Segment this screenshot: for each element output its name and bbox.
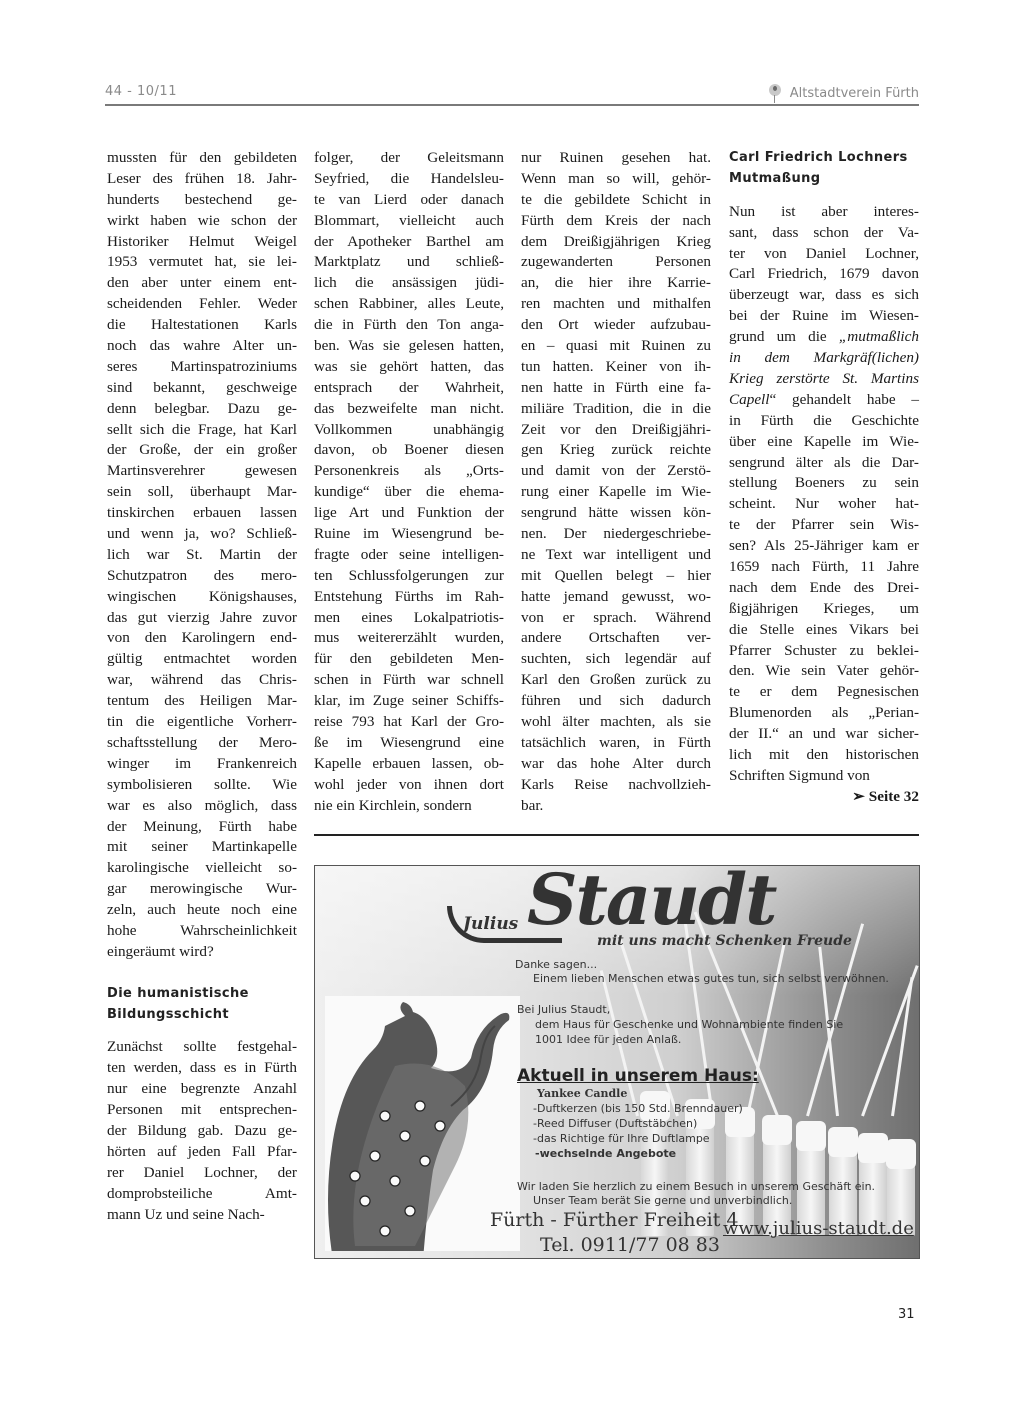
text-line: gar merowingische Wur- — [107, 879, 297, 900]
ad-list-item: Yankee Candle — [537, 1087, 627, 1100]
text-line: und damit von der Zerstö- — [521, 461, 711, 482]
text-line: sengrund hätte wissen kön- — [521, 503, 711, 524]
ad-list-item: -Duftkerzen (bis 150 Std. Brenndauer) — [533, 1102, 743, 1115]
text-line: ne Text war intelligent und — [521, 545, 711, 566]
text-line: sant, dass schon der Va- — [729, 223, 919, 244]
text-line: der II.“ an und war sicher- — [729, 724, 919, 745]
column-divider-rule — [314, 834, 919, 836]
text-line: davon, ob Boener diesen — [314, 440, 504, 461]
text-line: der Große, der ein großer — [107, 440, 297, 461]
text-line: Schutzpatron des mero- — [107, 566, 297, 587]
text-line: tun hatten. Keiner von ih- — [521, 357, 711, 378]
text-line: der Bildung gab. Dazu ge- — [107, 1121, 297, 1142]
text-line: hörten auf jeden Fall Pfar- — [107, 1142, 297, 1163]
text-line: denn belegbar. Dazu ge- — [107, 399, 297, 420]
text-line: mit seiner Martinkapelle — [107, 837, 297, 858]
text-line: war es also möglich, dass — [107, 796, 297, 817]
text-line: Carl Friedrich, 1679 davon — [729, 264, 919, 285]
text-line: folger, der Geleitsmann — [314, 148, 504, 169]
text-line: tinskirchen erbauen lassen — [107, 503, 297, 524]
subheading-bildungsschicht: Die humanistische Bildungsschicht — [107, 984, 297, 1026]
text-line: eingeräumt wird? — [107, 942, 297, 963]
text-line: rer Daniel Lochner, der — [107, 1163, 297, 1184]
ad-heading: Aktuell in unserem Haus: — [517, 1066, 759, 1086]
article-column-4: Carl Friedrich Lochners Mutmaßung Nun is… — [729, 148, 919, 808]
text-line: wirkt haben wie schon der — [107, 211, 297, 232]
column-2-text: folger, der GeleitsmannSeyfried, die Han… — [314, 148, 504, 817]
text-line: scheint. Nur woher hat- — [729, 494, 919, 515]
text-line: sein soll, überhaupt Mar- — [107, 482, 297, 503]
text-line: zugewanderten Personen — [521, 252, 711, 273]
text-line: der Meinung, Fürth habe — [107, 817, 297, 838]
page-header: 44 - 10/11 Altstadtverein Fürth — [105, 82, 919, 106]
text-line: suchten, sich legendär auf — [521, 649, 711, 670]
text-line: miliäre Tradition, die in die — [521, 399, 711, 420]
text-line: ren machten und mithalfen — [521, 294, 711, 315]
continuation-link[interactable]: ➢ Seite 32 — [729, 787, 919, 808]
text-line: den Ort wieder aufzubau- — [521, 315, 711, 336]
text-line: noch das wahre Alter un- — [107, 336, 297, 357]
text-line: nen. Der niedergeschriebe- — [521, 524, 711, 545]
text-line: Marktplatz und schließ- — [314, 252, 504, 273]
text-line: Pfarrer Schuster zu beklei- — [729, 641, 919, 662]
text-line: war das hohe Alter durch — [521, 754, 711, 775]
text-line: bei der Ruine im Wiesen- — [729, 306, 919, 327]
text-line: Fürth dem Kreis der nach — [521, 211, 711, 232]
text-line: te die gebildete Schicht in — [521, 190, 711, 211]
text-line: rung einer Kapelle im Wie- — [521, 482, 711, 503]
text-line: lich war St. Martin der — [107, 545, 297, 566]
text-line: hatte jemand gewusst, wo- — [521, 587, 711, 608]
article-column-1: mussten für den gebildetenLeser des früh… — [107, 148, 297, 1225]
text-line: bar. — [521, 796, 711, 817]
text-line: scheidenden Fehler. Weder — [107, 294, 297, 315]
ad-invite-1: Wir laden Sie herzlich zu einem Besuch i… — [517, 1180, 875, 1193]
text-line: klar, im Zuge seiner Schiffs- — [314, 691, 504, 712]
ad-list-item: -wechselnde Angebote — [535, 1147, 676, 1160]
text-line: Historiker Helmut Weigel — [107, 232, 297, 253]
text-line: kundige“ über die ehema- — [314, 482, 504, 503]
text-line: grund um die „mutmaßlich — [729, 327, 919, 348]
text-line: Capell“ gehandelt habe – — [729, 390, 919, 411]
text-line: Kapelle erbauen lassen, ob- — [314, 754, 504, 775]
text-line: tentum des Heiligen Mar- — [107, 691, 297, 712]
ad-intro-2: Einem lieben Menschen etwas gutes tun, s… — [533, 972, 889, 985]
text-line: die Haltestationen Karls — [107, 315, 297, 336]
text-line: symbolisieren sollte. Wie — [107, 775, 297, 796]
text-line: mus weitererzählt wurden, — [314, 628, 504, 649]
text-line: Personen mit entsprechen- — [107, 1100, 297, 1121]
page-number: 31 — [898, 1307, 915, 1322]
text-line: Karls Reise nachvollzieh- — [521, 775, 711, 796]
text-line: zeln, auch heute noch eine — [107, 900, 297, 921]
column-3-text: nur Ruinen gesehen hat.Wenn man so will,… — [521, 148, 711, 817]
text-line: Seyfried, die Handelsleu- — [314, 169, 504, 190]
ad-phone: Tel. 0911/77 08 83 — [540, 1234, 720, 1256]
text-line: winger im Frankenreich — [107, 754, 297, 775]
ad-invite-2: Unser Team berät Sie gerne und unverbind… — [533, 1194, 792, 1207]
text-line: das bezweifelte man nicht. — [314, 399, 504, 420]
text-line: führen und sich dadurch — [521, 691, 711, 712]
text-line: karolingische vielleicht so- — [107, 858, 297, 879]
text-line: nach dem Ende des Drei- — [729, 578, 919, 599]
text-line: die in Fürth den Ton anga- — [314, 315, 504, 336]
text-line: in Fürth die Geschichte — [729, 411, 919, 432]
text-line: Karl den Großen zurück zu — [521, 670, 711, 691]
article-column-3: nur Ruinen gesehen hat.Wenn man so will,… — [521, 148, 711, 817]
text-line: mussten für den gebildeten — [107, 148, 297, 169]
text-line: Krieg zerstörte St. Martins — [729, 369, 919, 390]
text-line: und wenn ja, wo? Schließ- — [107, 524, 297, 545]
article-column-2: folger, der GeleitsmannSeyfried, die Han… — [314, 148, 504, 817]
text-line: ben. Was sie gelesen hatten, — [314, 336, 504, 357]
text-line: schen Rabbiner, alles Leute, — [314, 294, 504, 315]
text-line: ßigjährigen Krieges, um — [729, 599, 919, 620]
text-line: mann Uz und seine Nach- — [107, 1205, 297, 1226]
issue-label: 44 - 10/11 — [105, 84, 177, 99]
text-line: mit Quellen belegt – hier — [521, 566, 711, 587]
text-line: Nun ist aber interes- — [729, 202, 919, 223]
text-line: nie ein Kirchlein, sondern — [314, 796, 504, 817]
ad-tagline: mit uns macht Schenken Freude — [597, 933, 852, 949]
ad-list-item: -Reed Diffuser (Duftstäbchen) — [533, 1117, 697, 1130]
text-line: lich die ansässigen jüdi- — [314, 273, 504, 294]
ad-address: Fürth - Fürther Freiheit 4 — [490, 1209, 739, 1231]
text-line: ter von Daniel Lochner, — [729, 244, 919, 265]
text-line: schen in Fürth war schnell — [314, 670, 504, 691]
column-4-text: Nun ist aber interes-sant, dass schon de… — [729, 202, 919, 787]
text-line: wohl jeder von ihnen dort — [314, 775, 504, 796]
text-line: in dem Markgräf(lichen) — [729, 348, 919, 369]
text-line: lich mit den historischen — [729, 745, 919, 766]
text-line: stellung Boeners zu sein — [729, 473, 919, 494]
text-line: en – quasi mit Ruinen zu — [521, 336, 711, 357]
text-line: Zeit vor den Dreißigjähri- — [521, 420, 711, 441]
column-1-text-b: Zunächst sollte festgehal-ten werden, da… — [107, 1037, 297, 1225]
text-line: Leser des frühen 18. Jahr- — [107, 169, 297, 190]
text-line: Vollkommen unabhängig — [314, 420, 504, 441]
ad-intro-1: Danke sagen... — [515, 958, 597, 971]
text-line: gültig entmachtet worden — [107, 649, 297, 670]
text-line: Zunächst sollte festgehal- — [107, 1037, 297, 1058]
text-line: tin die eigentliche Vorherr- — [107, 712, 297, 733]
text-line: Blommart, vielleicht auch — [314, 211, 504, 232]
text-line: domprobsteiliche Amt- — [107, 1184, 297, 1205]
text-line: Wenn man so will, gehör- — [521, 169, 711, 190]
text-line: überzeugt war, dass es sich — [729, 285, 919, 306]
ad-list-item: -das Richtige für Ihre Duftlampe — [533, 1132, 710, 1145]
text-line: der Apotheker Barthel am — [314, 232, 504, 253]
text-line: seres Martinspatroziniums — [107, 357, 297, 378]
text-line: Martinsverehrer gewesen — [107, 461, 297, 482]
text-line: hunderts bestechend ge- — [107, 190, 297, 211]
text-line: nen hatte in Fürth eine fa- — [521, 378, 711, 399]
ad-body-1: Bei Julius Staudt, — [517, 1003, 610, 1016]
text-line: für den gebildeten Men- — [314, 649, 504, 670]
text-line: hohe Wahrscheinlichkeit — [107, 921, 297, 942]
subheading-lochners-mutmassung: Carl Friedrich Lochners Mutmaßung — [729, 148, 919, 190]
text-line: 1659 nach Fürth, 11 Jahre — [729, 557, 919, 578]
text-line: men eines Lokalpatriotis- — [314, 608, 504, 629]
text-line: sind bekannt, geschweige — [107, 378, 297, 399]
text-line: den. Wie sein Vater gehör- — [729, 661, 919, 682]
ad-body-3: 1001 Idee für jeden Anlaß. — [535, 1033, 681, 1046]
text-line: nur eine begrenzte Anzahl — [107, 1079, 297, 1100]
text-line: von den Karolingern end- — [107, 628, 297, 649]
text-line: den aber unter einem ent- — [107, 273, 297, 294]
text-line: über eine Kapelle im Wie- — [729, 432, 919, 453]
text-line: ten Schlussfolgerungen zur — [314, 566, 504, 587]
text-line: schaftsstellung der Mero- — [107, 733, 297, 754]
text-line: sengrund älter als die Dar- — [729, 453, 919, 474]
text-line: war, während das Chris- — [107, 670, 297, 691]
text-line: ße im Wiesengrund eine — [314, 733, 504, 754]
text-line: Entstehung Fürths im Rah- — [314, 587, 504, 608]
text-line: fragte oder seine intelligen- — [314, 545, 504, 566]
ad-body-2: dem Haus für Geschenke und Wohnambiente … — [535, 1018, 843, 1031]
text-line: lige Art und Funktion der — [314, 503, 504, 524]
text-line: sen? Als 25-Jähriger kam er — [729, 536, 919, 557]
text-line: Ruine im Wiesengrund be- — [314, 524, 504, 545]
brand-logo: Julius Staudt — [443, 866, 743, 966]
text-line: tatsächlich waren, in Fürth — [521, 733, 711, 754]
text-line: te er dem Pegnesischen — [729, 682, 919, 703]
text-line: gen Krieg zurück reichte — [521, 440, 711, 461]
text-line: ten werden, dass es in Fürth — [107, 1058, 297, 1079]
column-1-text-a: mussten für den gebildetenLeser des früh… — [107, 148, 297, 963]
text-line: 1953 vermutet hat, sie lei- — [107, 252, 297, 273]
text-line: wingischen Königshauses, — [107, 587, 297, 608]
tree-lamp-icon — [768, 84, 782, 102]
text-line: nur Ruinen gesehen hat. — [521, 148, 711, 169]
text-line: dem Dreißigjährigen Krieg — [521, 232, 711, 253]
text-line: was sie gehört hatten, das — [314, 357, 504, 378]
text-line: entsprach der Wahrheit, — [314, 378, 504, 399]
publisher-name: Altstadtverein Fürth — [790, 86, 919, 101]
text-line: von er sprach. Während — [521, 608, 711, 629]
text-line: te der Pfarrer sein Wis- — [729, 515, 919, 536]
text-line: wohl älter machten, als sie — [521, 712, 711, 733]
text-line: die Stelle eines Vikars bei — [729, 620, 919, 641]
text-line: reise 793 hat Karl der Gro- — [314, 712, 504, 733]
text-line: sellt sich die Frage, hat Karl — [107, 420, 297, 441]
publisher-block: Altstadtverein Fürth — [768, 84, 919, 102]
text-line: Blumenorden als „Perian- — [729, 703, 919, 724]
ad-website-link[interactable]: www.julius-staudt.de — [723, 1218, 914, 1239]
text-line: andere Ortschaften ver- — [521, 628, 711, 649]
text-line: te van Lierd oder danach — [314, 190, 504, 211]
text-line: Personenkreis als „Orts- — [314, 461, 504, 482]
julius-staudt-advertisement: Julius Staudt mit uns macht Schenken Fre… — [314, 865, 920, 1259]
text-line: Schriften Sigmund von — [729, 766, 919, 787]
text-line: das gut vierzig Jahre zuvor — [107, 608, 297, 629]
text-line: an, die hier ihre Karrie- — [521, 273, 711, 294]
